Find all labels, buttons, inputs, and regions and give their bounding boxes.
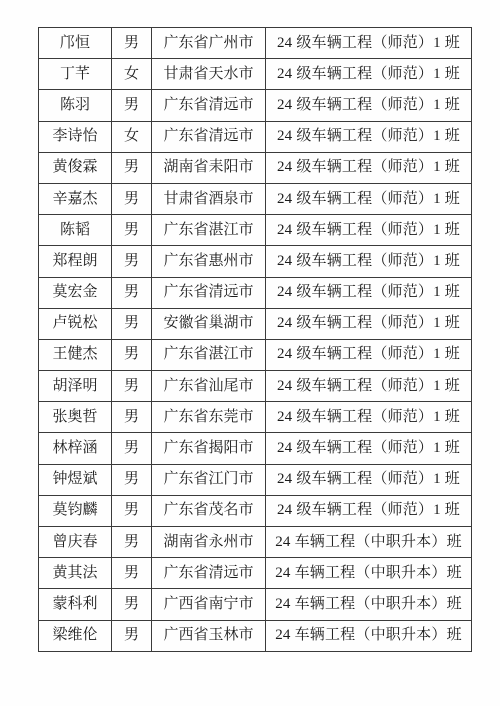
table-row: 钟煜斌 男 广东省江门市 24 级车辆工程（师范）1 班 [39, 464, 472, 495]
table-row: 黄其法 男 广东省清远市 24 车辆工程（中职升本）班 [39, 558, 472, 589]
name-cell: 邝恒 [39, 28, 112, 59]
gender-cell: 男 [112, 371, 152, 402]
name-cell: 林梓涵 [39, 433, 112, 464]
location-cell: 甘肃省天水市 [152, 59, 266, 90]
table-row: 梁维伦 男 广西省玉林市 24 车辆工程（中职升本）班 [39, 620, 472, 651]
name-cell: 曾庆春 [39, 527, 112, 558]
table-row: 邝恒 男 广东省广州市 24 级车辆工程（师范）1 班 [39, 28, 472, 59]
table-row: 丁芊 女 甘肃省天水市 24 级车辆工程（师范）1 班 [39, 59, 472, 90]
location-cell: 广东省清远市 [152, 90, 266, 121]
gender-cell: 男 [112, 433, 152, 464]
name-cell: 陈羽 [39, 90, 112, 121]
location-cell: 广西省南宁市 [152, 589, 266, 620]
table-row: 陈韬 男 广东省湛江市 24 级车辆工程（师范）1 班 [39, 215, 472, 246]
class-cell: 24 级车辆工程（师范）1 班 [266, 308, 472, 339]
class-cell: 24 级车辆工程（师范）1 班 [266, 371, 472, 402]
class-cell: 24 级车辆工程（师范）1 班 [266, 495, 472, 526]
class-cell: 24 级车辆工程（师范）1 班 [266, 402, 472, 433]
scanned-document-page: 邝恒 男 广东省广州市 24 级车辆工程（师范）1 班 丁芊 女 甘肃省天水市 … [0, 0, 500, 706]
table-row: 蒙科利 男 广西省南宁市 24 车辆工程（中职升本）班 [39, 589, 472, 620]
name-cell: 张奥哲 [39, 402, 112, 433]
gender-cell: 男 [112, 277, 152, 308]
gender-cell: 男 [112, 308, 152, 339]
class-cell: 24 级车辆工程（师范）1 班 [266, 152, 472, 183]
gender-cell: 男 [112, 90, 152, 121]
name-cell: 卢锐松 [39, 308, 112, 339]
table-row: 卢锐松 男 安徽省巢湖市 24 级车辆工程（师范）1 班 [39, 308, 472, 339]
gender-cell: 男 [112, 152, 152, 183]
gender-cell: 女 [112, 59, 152, 90]
name-cell: 胡泽明 [39, 371, 112, 402]
table-row: 林梓涵 男 广东省揭阳市 24 级车辆工程（师范）1 班 [39, 433, 472, 464]
name-cell: 梁维伦 [39, 620, 112, 651]
location-cell: 广东省清远市 [152, 558, 266, 589]
gender-cell: 男 [112, 215, 152, 246]
gender-cell: 男 [112, 558, 152, 589]
class-cell: 24 车辆工程（中职升本）班 [266, 558, 472, 589]
name-cell: 莫宏金 [39, 277, 112, 308]
name-cell: 黄其法 [39, 558, 112, 589]
gender-cell: 男 [112, 28, 152, 59]
gender-cell: 女 [112, 121, 152, 152]
location-cell: 广东省汕尾市 [152, 371, 266, 402]
location-cell: 广东省清远市 [152, 277, 266, 308]
location-cell: 广西省玉林市 [152, 620, 266, 651]
gender-cell: 男 [112, 620, 152, 651]
location-cell: 广东省湛江市 [152, 215, 266, 246]
location-cell: 广东省东莞市 [152, 402, 266, 433]
table-row: 陈羽 男 广东省清远市 24 级车辆工程（师范）1 班 [39, 90, 472, 121]
location-cell: 广东省广州市 [152, 28, 266, 59]
table-row: 胡泽明 男 广东省汕尾市 24 级车辆工程（师范）1 班 [39, 371, 472, 402]
name-cell: 王健杰 [39, 339, 112, 370]
gender-cell: 男 [112, 402, 152, 433]
class-cell: 24 级车辆工程（师范）1 班 [266, 59, 472, 90]
location-cell: 广东省清远市 [152, 121, 266, 152]
class-cell: 24 级车辆工程（师范）1 班 [266, 90, 472, 121]
name-cell: 莫钧麟 [39, 495, 112, 526]
gender-cell: 男 [112, 527, 152, 558]
class-cell: 24 车辆工程（中职升本）班 [266, 589, 472, 620]
location-cell: 广东省揭阳市 [152, 433, 266, 464]
class-cell: 24 级车辆工程（师范）1 班 [266, 246, 472, 277]
gender-cell: 男 [112, 589, 152, 620]
student-roster-table: 邝恒 男 广东省广州市 24 级车辆工程（师范）1 班 丁芊 女 甘肃省天水市 … [38, 27, 472, 652]
name-cell: 蒙科利 [39, 589, 112, 620]
name-cell: 李诗怡 [39, 121, 112, 152]
class-cell: 24 车辆工程（中职升本）班 [266, 620, 472, 651]
class-cell: 24 级车辆工程（师范）1 班 [266, 183, 472, 214]
class-cell: 24 级车辆工程（师范）1 班 [266, 121, 472, 152]
name-cell: 钟煜斌 [39, 464, 112, 495]
table-row: 张奥哲 男 广东省东莞市 24 级车辆工程（师范）1 班 [39, 402, 472, 433]
class-cell: 24 级车辆工程（师范）1 班 [266, 433, 472, 464]
gender-cell: 男 [112, 495, 152, 526]
name-cell: 陈韬 [39, 215, 112, 246]
location-cell: 广东省江门市 [152, 464, 266, 495]
location-cell: 甘肃省酒泉市 [152, 183, 266, 214]
class-cell: 24 级车辆工程（师范）1 班 [266, 339, 472, 370]
class-cell: 24 级车辆工程（师范）1 班 [266, 277, 472, 308]
name-cell: 丁芊 [39, 59, 112, 90]
location-cell: 湖南省永州市 [152, 527, 266, 558]
location-cell: 广东省湛江市 [152, 339, 266, 370]
table-row: 曾庆春 男 湖南省永州市 24 车辆工程（中职升本）班 [39, 527, 472, 558]
class-cell: 24 车辆工程（中职升本）班 [266, 527, 472, 558]
location-cell: 广东省惠州市 [152, 246, 266, 277]
gender-cell: 男 [112, 183, 152, 214]
table-row: 黄俊霖 男 湖南省耒阳市 24 级车辆工程（师范）1 班 [39, 152, 472, 183]
name-cell: 辛嘉杰 [39, 183, 112, 214]
table-row: 郑程朗 男 广东省惠州市 24 级车辆工程（师范）1 班 [39, 246, 472, 277]
name-cell: 黄俊霖 [39, 152, 112, 183]
table-row: 辛嘉杰 男 甘肃省酒泉市 24 级车辆工程（师范）1 班 [39, 183, 472, 214]
class-cell: 24 级车辆工程（师范）1 班 [266, 215, 472, 246]
table-row: 莫宏金 男 广东省清远市 24 级车辆工程（师范）1 班 [39, 277, 472, 308]
location-cell: 广东省茂名市 [152, 495, 266, 526]
gender-cell: 男 [112, 339, 152, 370]
name-cell: 郑程朗 [39, 246, 112, 277]
location-cell: 湖南省耒阳市 [152, 152, 266, 183]
class-cell: 24 级车辆工程（师范）1 班 [266, 28, 472, 59]
location-cell: 安徽省巢湖市 [152, 308, 266, 339]
gender-cell: 男 [112, 246, 152, 277]
table-row: 王健杰 男 广东省湛江市 24 级车辆工程（师范）1 班 [39, 339, 472, 370]
table-row: 李诗怡 女 广东省清远市 24 级车辆工程（师范）1 班 [39, 121, 472, 152]
gender-cell: 男 [112, 464, 152, 495]
class-cell: 24 级车辆工程（师范）1 班 [266, 464, 472, 495]
table-row: 莫钧麟 男 广东省茂名市 24 级车辆工程（师范）1 班 [39, 495, 472, 526]
